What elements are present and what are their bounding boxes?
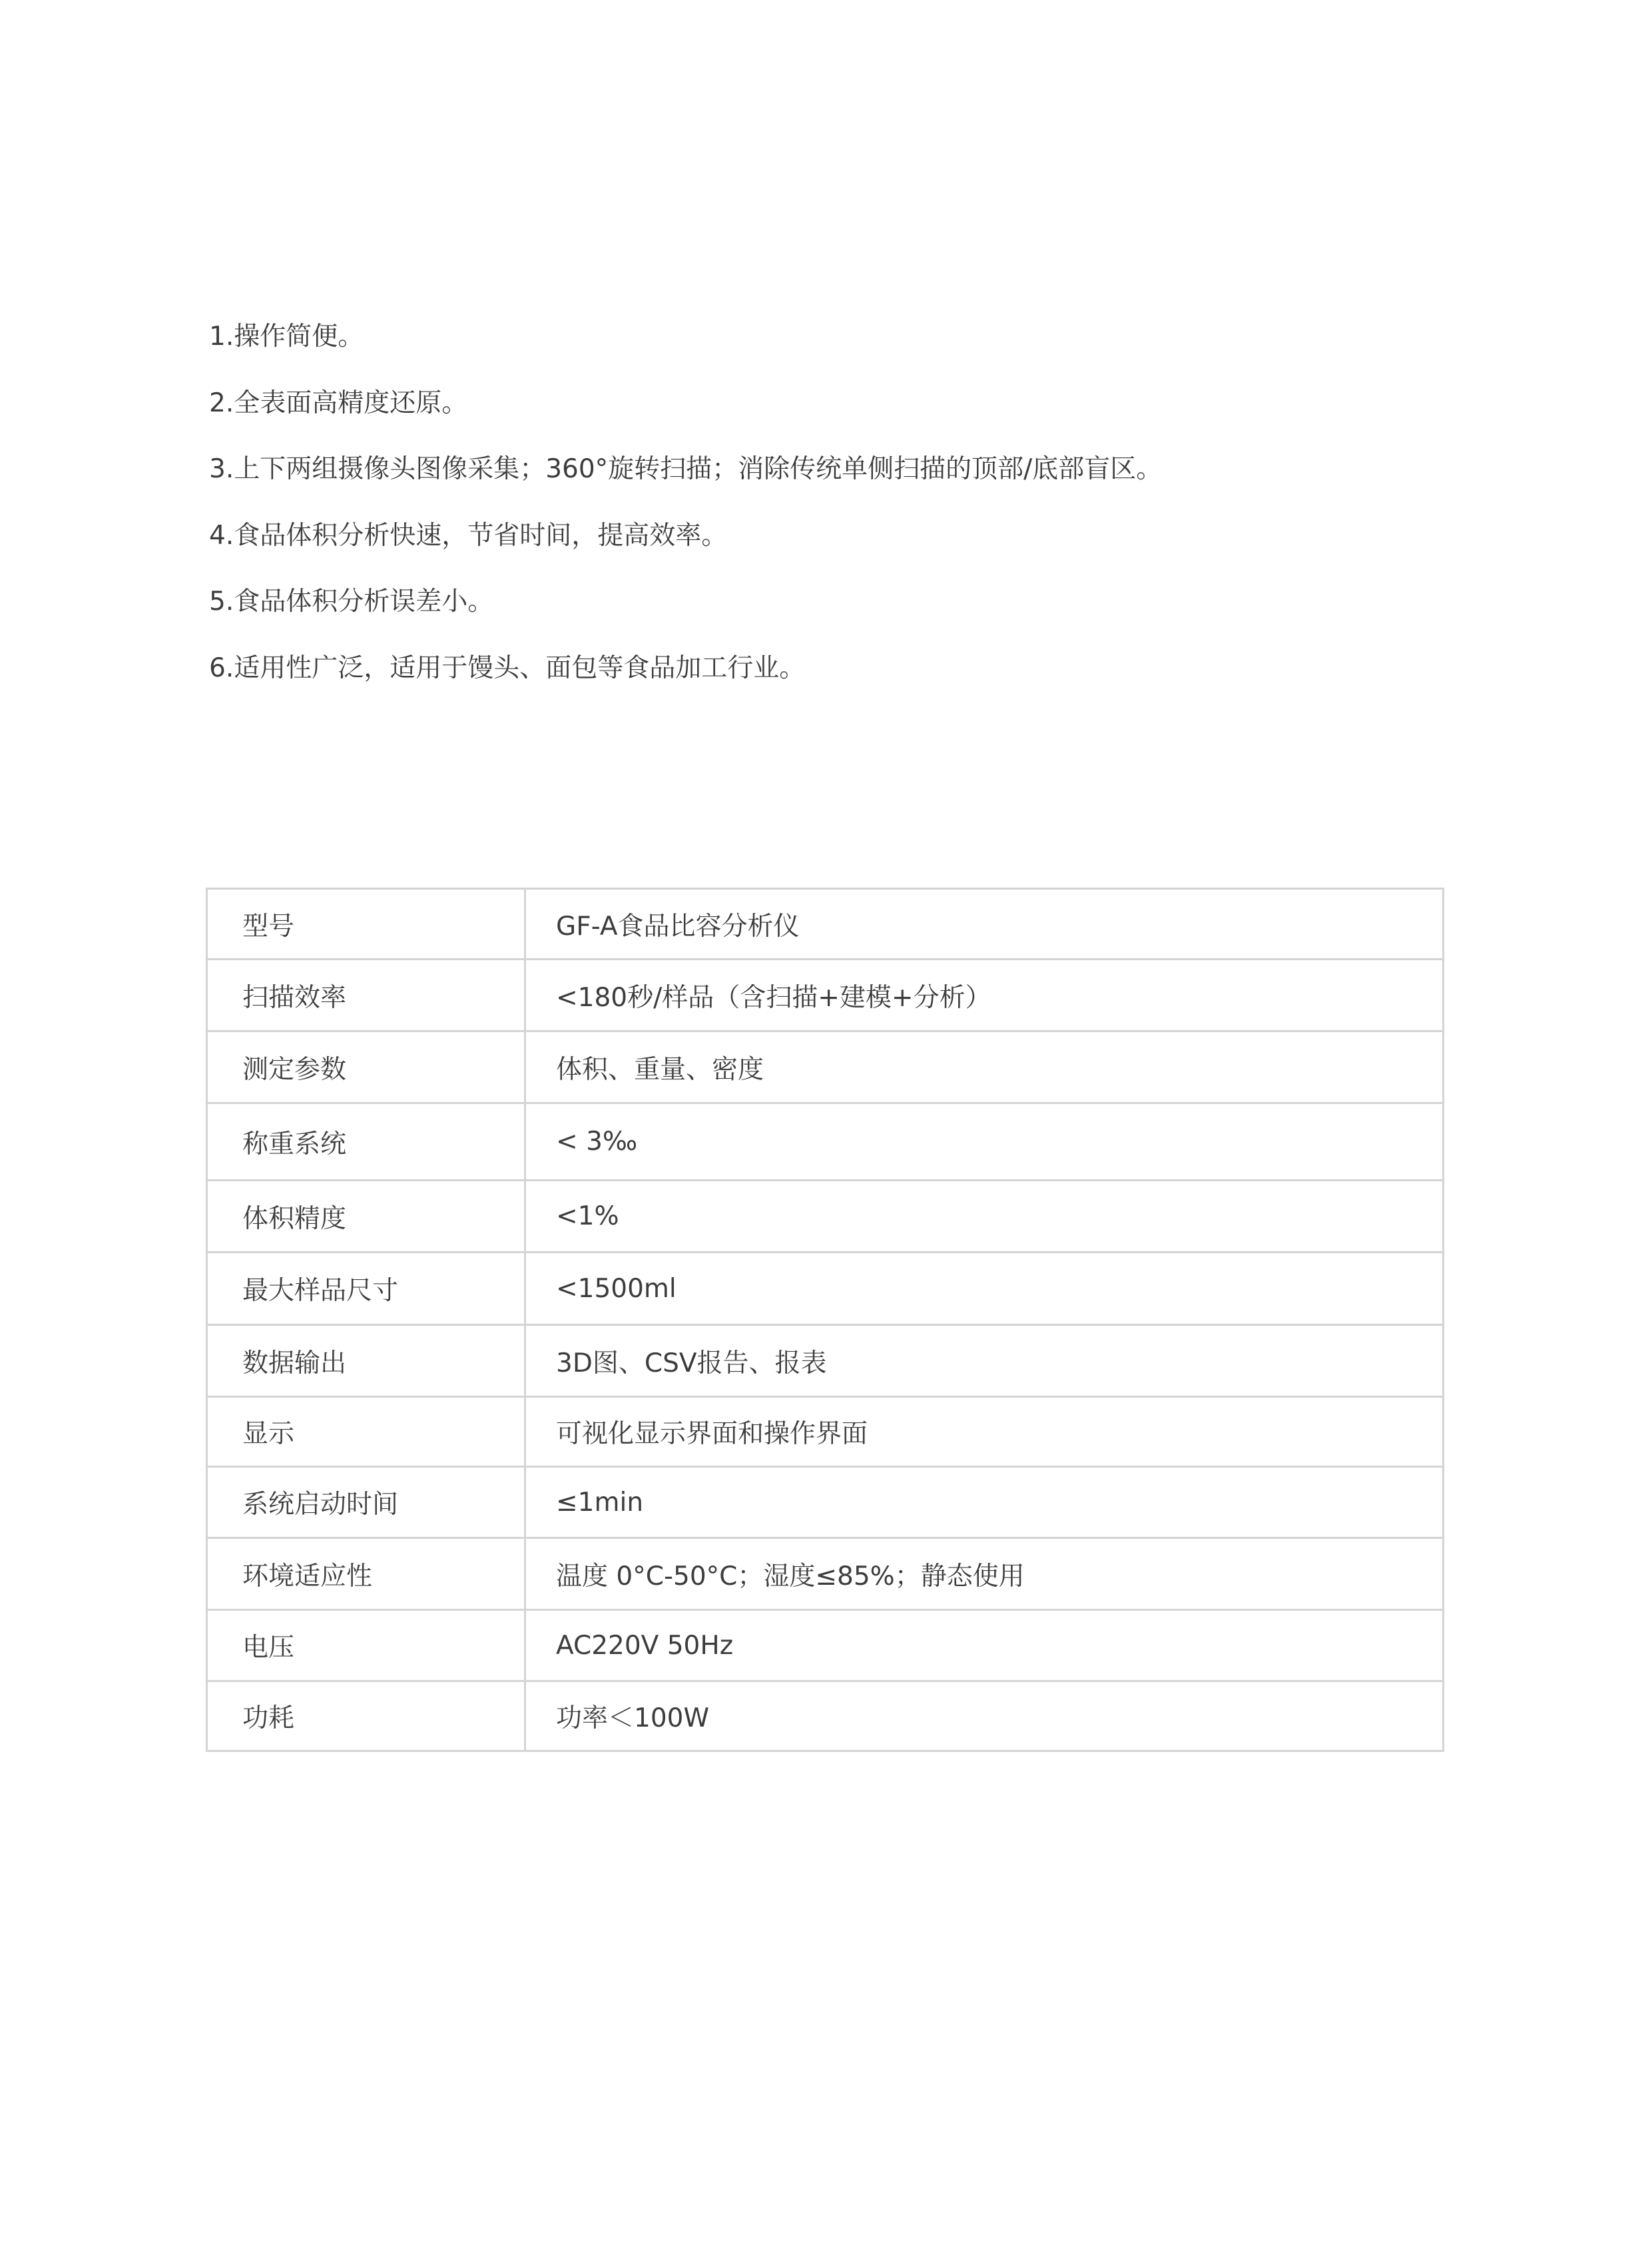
spec-value: ≤1min xyxy=(525,1467,1444,1538)
table-row: 数据输出3D图、CSV报告、报表 xyxy=(207,1325,1444,1397)
spec-key: 测定参数 xyxy=(207,1031,525,1103)
spec-key: 型号 xyxy=(207,889,525,960)
feature-item: 1.操作简便。 xyxy=(209,318,1162,385)
spec-value: AC220V 50Hz xyxy=(525,1610,1444,1681)
spec-value: GF-A食品比容分析仪 xyxy=(525,889,1444,960)
table-row: 最大样品尺寸<1500ml xyxy=(207,1253,1444,1325)
spec-key: 最大样品尺寸 xyxy=(207,1253,525,1325)
feature-item: 4.食品体积分析快速，节省时间，提高效率。 xyxy=(209,517,1162,584)
spec-key: 体积精度 xyxy=(207,1181,525,1253)
spec-table: 型号GF-A食品比容分析仪扫描效率<180秒/样品（含扫描+建模+分析）测定参数… xyxy=(206,888,1444,1752)
spec-key: 功耗 xyxy=(207,1681,525,1751)
table-row: 称重系统< 3‰ xyxy=(207,1103,1444,1181)
spec-value: <180秒/样品（含扫描+建模+分析） xyxy=(525,960,1444,1031)
section-header-tech: 技术信息 xyxy=(208,774,473,836)
feature-item: 6.适用性广泛，适用于馒头、面包等食品加工行业。 xyxy=(209,650,1162,716)
section-title: 产品特点 xyxy=(285,220,447,260)
bullet-dot-icon xyxy=(242,790,272,820)
table-row: 功耗功率＜100W xyxy=(207,1681,1444,1751)
spec-value: 功率＜100W xyxy=(525,1681,1444,1751)
feature-list: 1.操作简便。 2.全表面高精度还原。 3.上下两组摄像头图像采集；360°旋转… xyxy=(209,318,1162,716)
table-row: 型号GF-A食品比容分析仪 xyxy=(207,889,1444,960)
feature-item: 2.全表面高精度还原。 xyxy=(209,385,1162,451)
feature-item: 3.上下两组摄像头图像采集；360°旋转扫描；消除传统单侧扫描的顶部/底部盲区。 xyxy=(209,451,1162,517)
spec-value: <1500ml xyxy=(525,1253,1444,1325)
spec-key: 系统启动时间 xyxy=(207,1467,525,1538)
spec-key: 数据输出 xyxy=(207,1325,525,1397)
table-row: 系统启动时间≤1min xyxy=(207,1467,1444,1538)
section-header-features: 产品特点 xyxy=(208,208,473,270)
spec-value: 3D图、CSV报告、报表 xyxy=(525,1325,1444,1397)
table-row: 测定参数体积、重量、密度 xyxy=(207,1031,1444,1103)
spec-value: < 3‰ xyxy=(525,1103,1444,1181)
spec-key: 称重系统 xyxy=(207,1103,525,1181)
spec-value: 体积、重量、密度 xyxy=(525,1031,1444,1103)
spec-value: 温度 0°C-50°C；湿度≤85%；静态使用 xyxy=(525,1538,1444,1610)
table-row: 体积精度<1% xyxy=(207,1181,1444,1253)
spec-key: 显示 xyxy=(207,1397,525,1467)
bullet-dot-icon xyxy=(242,224,272,254)
table-row: 电压AC220V 50Hz xyxy=(207,1610,1444,1681)
table-row: 显示可视化显示界面和操作界面 xyxy=(207,1397,1444,1467)
spec-value: <1% xyxy=(525,1181,1444,1253)
spec-key: 环境适应性 xyxy=(207,1538,525,1610)
spec-key: 扫描效率 xyxy=(207,960,525,1031)
section-title: 技术信息 xyxy=(285,785,447,825)
table-row: 扫描效率<180秒/样品（含扫描+建模+分析） xyxy=(207,960,1444,1031)
spec-value: 可视化显示界面和操作界面 xyxy=(525,1397,1444,1467)
spec-key: 电压 xyxy=(207,1610,525,1681)
table-row: 环境适应性温度 0°C-50°C；湿度≤85%；静态使用 xyxy=(207,1538,1444,1610)
feature-item: 5.食品体积分析误差小。 xyxy=(209,583,1162,650)
